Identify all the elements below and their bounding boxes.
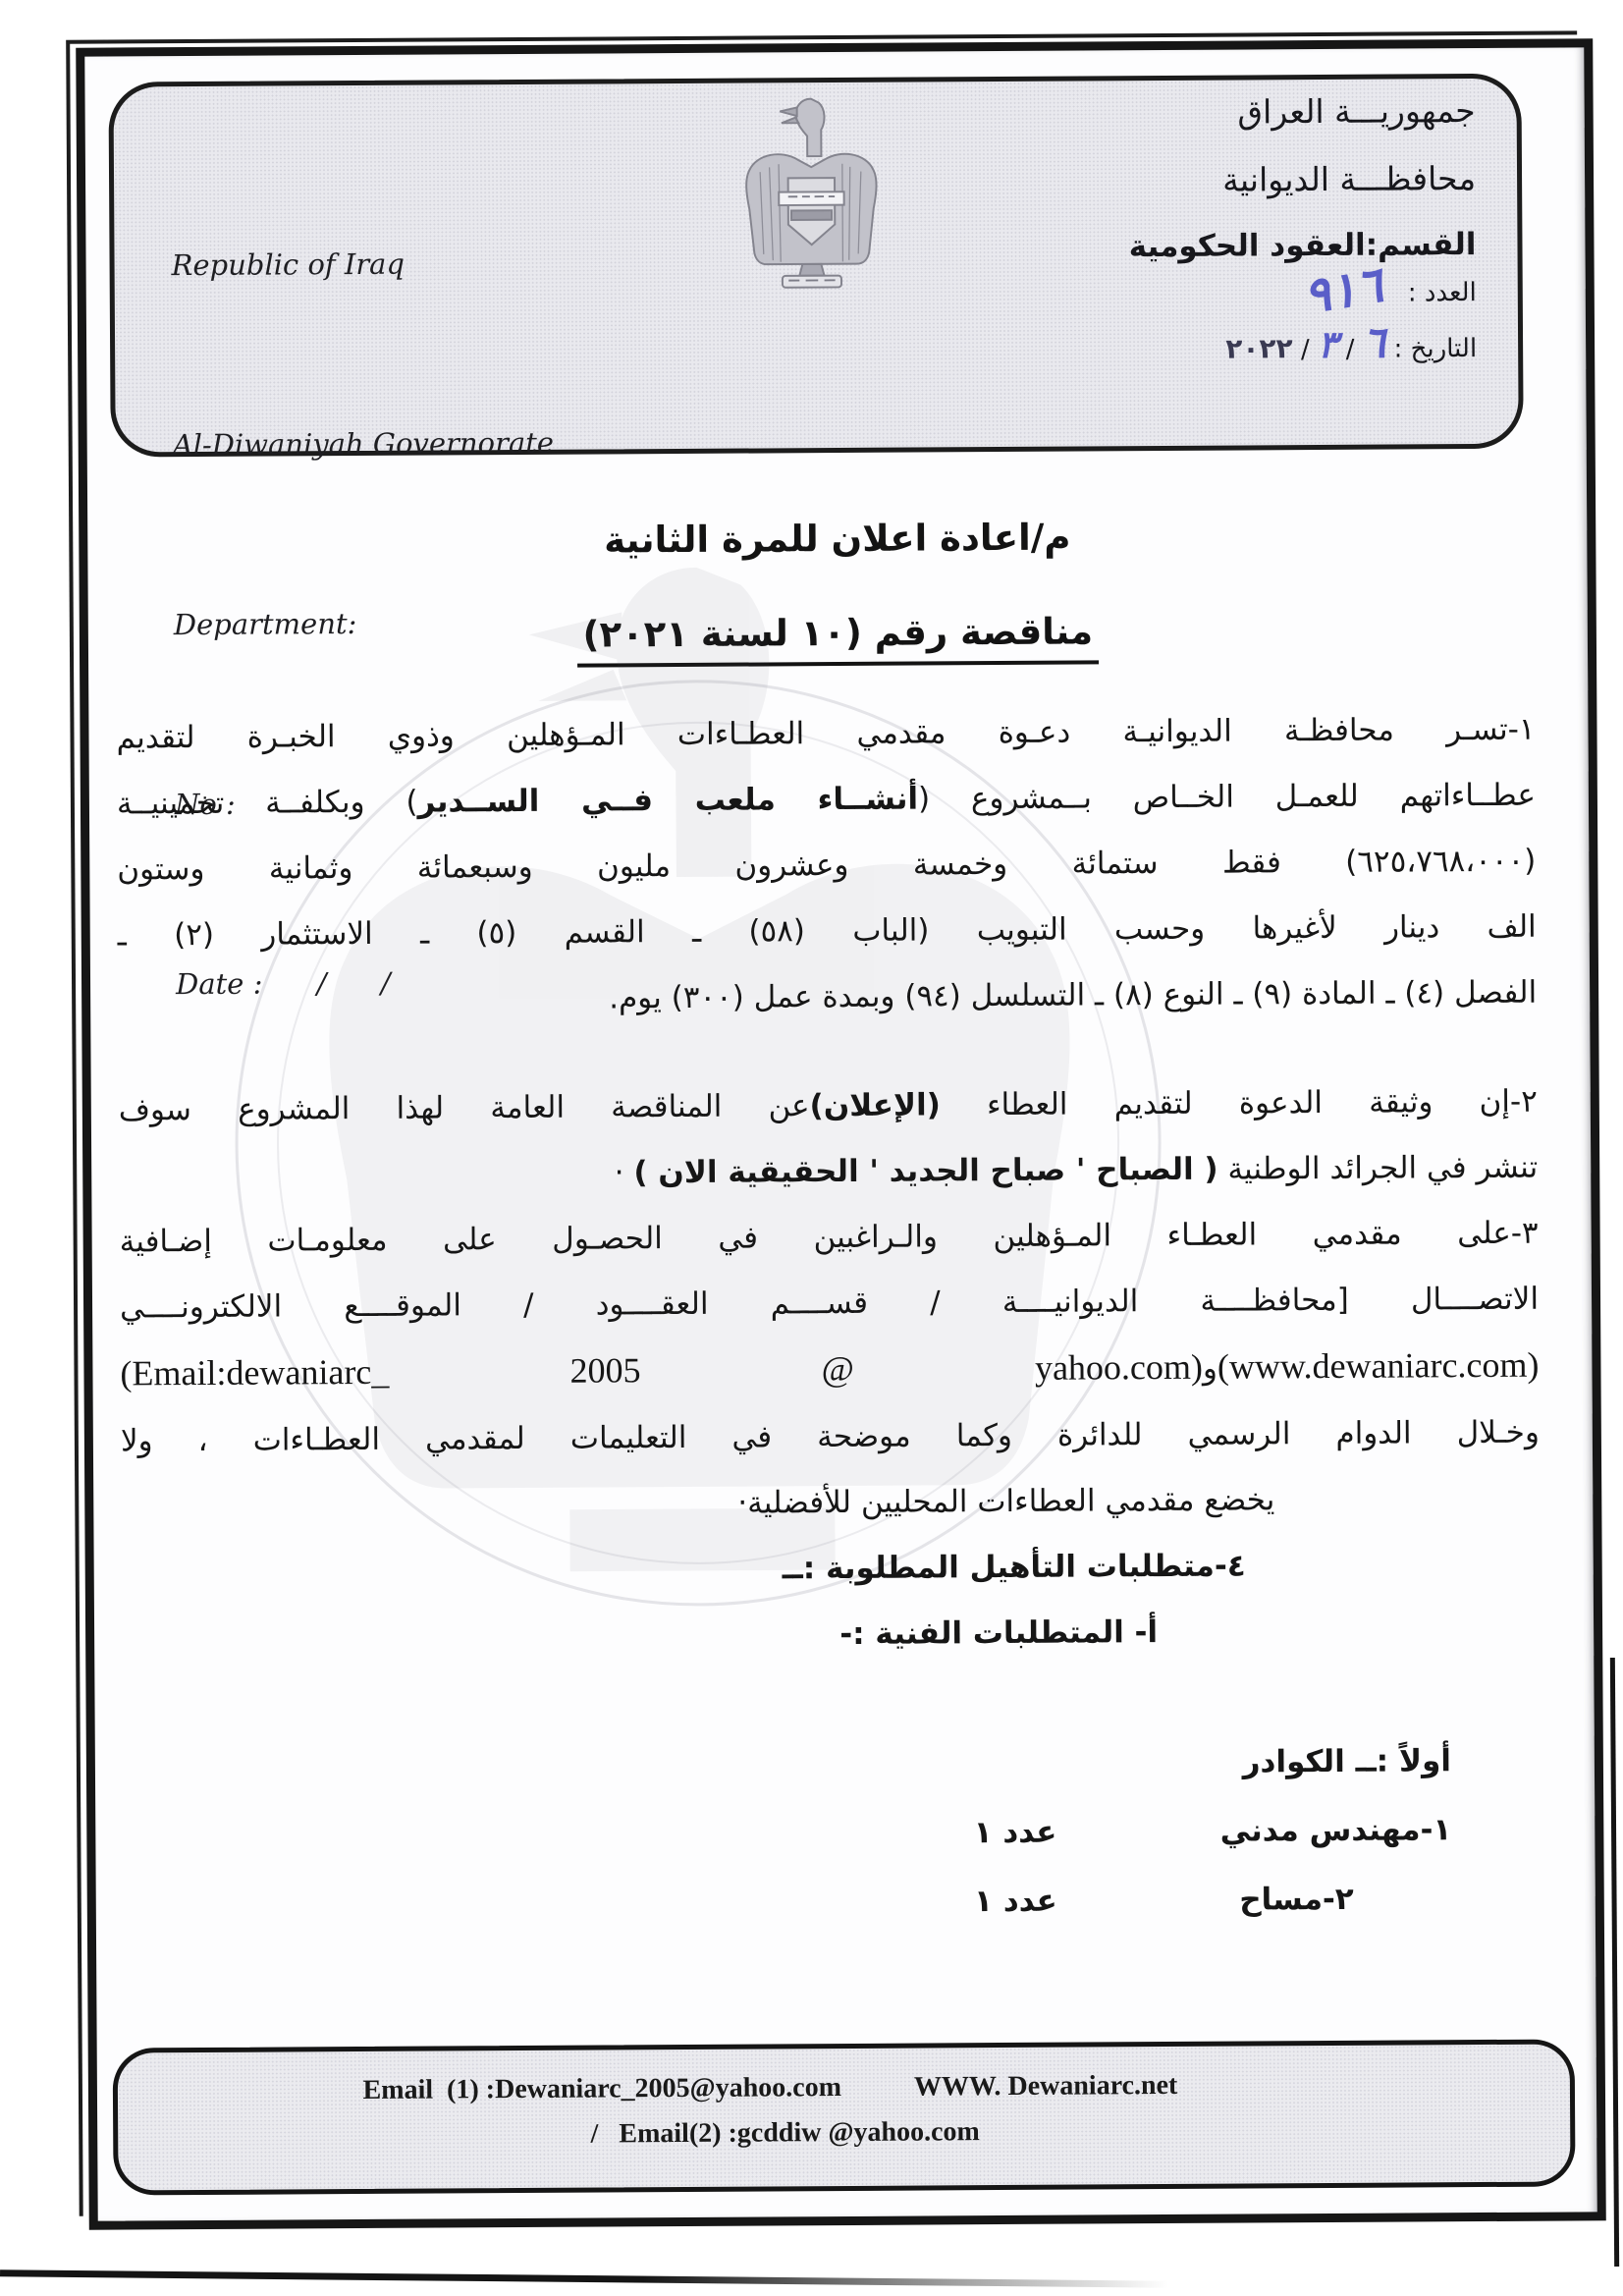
number-value-handwritten: ٩١٦ [1301,265,1385,317]
document-number-line: العدد : ٩١٦ [1129,264,1477,321]
iraq-eagle-emblem-icon [732,90,889,303]
body-line-11: وخـلال الدوام الرسمي للدائرة وكما موضحة … [121,1400,1540,1475]
footer-email-2: / Email(2) :gcddiw @yahoo.com [118,2113,1452,2153]
body-line-2-post: ) وبكلفــة تخمينيــة [117,785,418,822]
and-conjunction: و [1203,1351,1217,1387]
scan-artifact-bottom-bar [0,2269,1168,2287]
body-line-7: تنشر في الجرائد الوطنية ( الصباح ' صباح … [119,1135,1538,1210]
date-separator2: / [1301,335,1310,364]
body-line-6-post: عن المناقصة العامة لهذا المشروع سوف [119,1088,810,1127]
announcement-word: (الإعلان) [809,1087,940,1123]
body-line-9: الاتصــــال [محافظــــة الديوانيــــة / … [120,1267,1539,1341]
footer-website: WWW. Dewaniarc.net [914,2070,1178,2103]
page-frame: Republic of Iraq Al-Diwaniyah Governorat… [76,38,1606,2229]
tender-number-title: مناقصة رقم (١٠ لسنة ٢٠٢١) [576,610,1099,667]
date-month-handwritten: ٣ [1318,323,1338,366]
body-line-6: ٢-إن وثيقة الدعوة لتقديم العطاء (الإعلان… [119,1069,1538,1144]
body-line-2: عطــاءاتهم للعمـل الخــاص بــمشروع (أنشـ… [117,763,1536,838]
letterhead-ar-governorate: محافظـــة الديوانية [1128,162,1476,196]
body-line-8: ٣-على مقدمي العطـاء المـؤهلين والـراغبين… [119,1201,1538,1276]
body-line-4: الف دينار لأغيرها وحسب التبويب (الباب (٥… [118,895,1537,969]
scan-artifact-right-edge [1610,1658,1619,2267]
cadre-heading: أولاً :ــ الكوادر [123,1726,1542,1804]
footer-line-1: Email (1) :Dewaniarc_2005@yahoo.comWWW. … [118,2068,1423,2107]
email-address-inline: (Email:dewaniarc_ 2005 @ yahoo.com) [120,1347,1203,1394]
cadre-row-2: ٢-مساح عدد ١ [124,1864,1542,1941]
footer-contact-box: Email (1) :Dewaniarc_2005@yahoo.comWWW. … [113,2039,1576,2195]
number-label: العدد : [1408,278,1477,307]
letterhead-en-governorate: Al-Diwaniyah Governorate [173,413,555,475]
letterhead-box: Republic of Iraq Al-Diwaniyah Governorat… [108,74,1523,458]
cadre-item-2-name: ٢-مساح [1128,1864,1452,1935]
letterhead-ar-department: القسم:العقود الحكومية [1129,230,1477,262]
letterhead-arabic: جمهوريـــة العراق محافظـــة الديوانية ال… [1128,94,1477,366]
website-url: (www.dewaniarc.com) [1217,1345,1540,1387]
date-separator: / [1337,335,1354,364]
date-day-handwritten: ٦ [1363,318,1386,368]
body-line-6-pre: ٢-إن وثيقة الدعوة لتقديم العطاء [941,1084,1538,1123]
scanned-document-page: { "letterhead": { "english": { "line1": … [0,0,1623,2296]
body-line-1: ١-تسـر محافظـة الديوانيـة دعـوة مقدمي ال… [116,697,1535,772]
letterhead-en-country: Republic of Iraq [171,234,553,296]
cadre-item-1-name: ١-مهندس مدني [1127,1795,1451,1866]
date-label: التاريخ : [1394,334,1478,364]
body-line-3: (٦٢٥،٧٦٨،٠٠٠) فقط ستمائة وخمسة وعشرون مل… [117,829,1536,903]
letterhead-en-department: Department: [174,593,556,655]
qualification-requirements-heading: ٤-متطلبات التأهيل المطلوبة :ــ [122,1532,1541,1607]
cadre-section: أولاً :ــ الكوادر ١-مهندس مدني عدد ١ ٢-م… [123,1726,1542,1941]
body-line-2-pre: عطــاءاتهم للعمـل الخــاص بــمشروع ( [918,778,1536,817]
document-date-line: التاريخ : ٦ / ٣ / ٢٠٢٢ [1129,321,1477,366]
letterhead-ar-country: جمهوريـــة العراق [1128,94,1476,129]
body-line-12: يخضع مقدمي العطاءات المحليين للأفضلية· [121,1466,1540,1541]
project-name: أنشــاء ملعب فــي الســدير [417,782,918,820]
cadre-row-1: ١-مهندس مدني عدد ١ [123,1795,1542,1873]
cadre-item-2-count: عدد ١ [974,1867,1057,1937]
body-line-7-pre: تنشر في الجرائد الوطنية [1218,1150,1539,1187]
technical-requirements-heading: أ- المتطلبات الفنية :- [122,1598,1541,1672]
date-year: ٢٠٢٢ [1225,332,1293,364]
body-line-7-post: · [615,1155,634,1190]
footer-email-1: Email (1) :Dewaniarc_2005@yahoo.com [362,2072,841,2105]
cadre-item-1-count: عدد ١ [973,1798,1056,1868]
newspapers-names: ( الصباح ' صباح الجديد ' الحقيقية الان ) [633,1152,1217,1191]
body-line-10: (www.dewaniarc.com)و(Email:dewaniarc_ 20… [120,1333,1539,1409]
document-body: ١-تسـر محافظـة الديوانيـة دعـوة مقدمي ال… [88,696,1596,1941]
body-line-5: الفصل (٤) ـ المادة (٩) ـ النوع (٨) ـ الت… [118,960,1537,1035]
